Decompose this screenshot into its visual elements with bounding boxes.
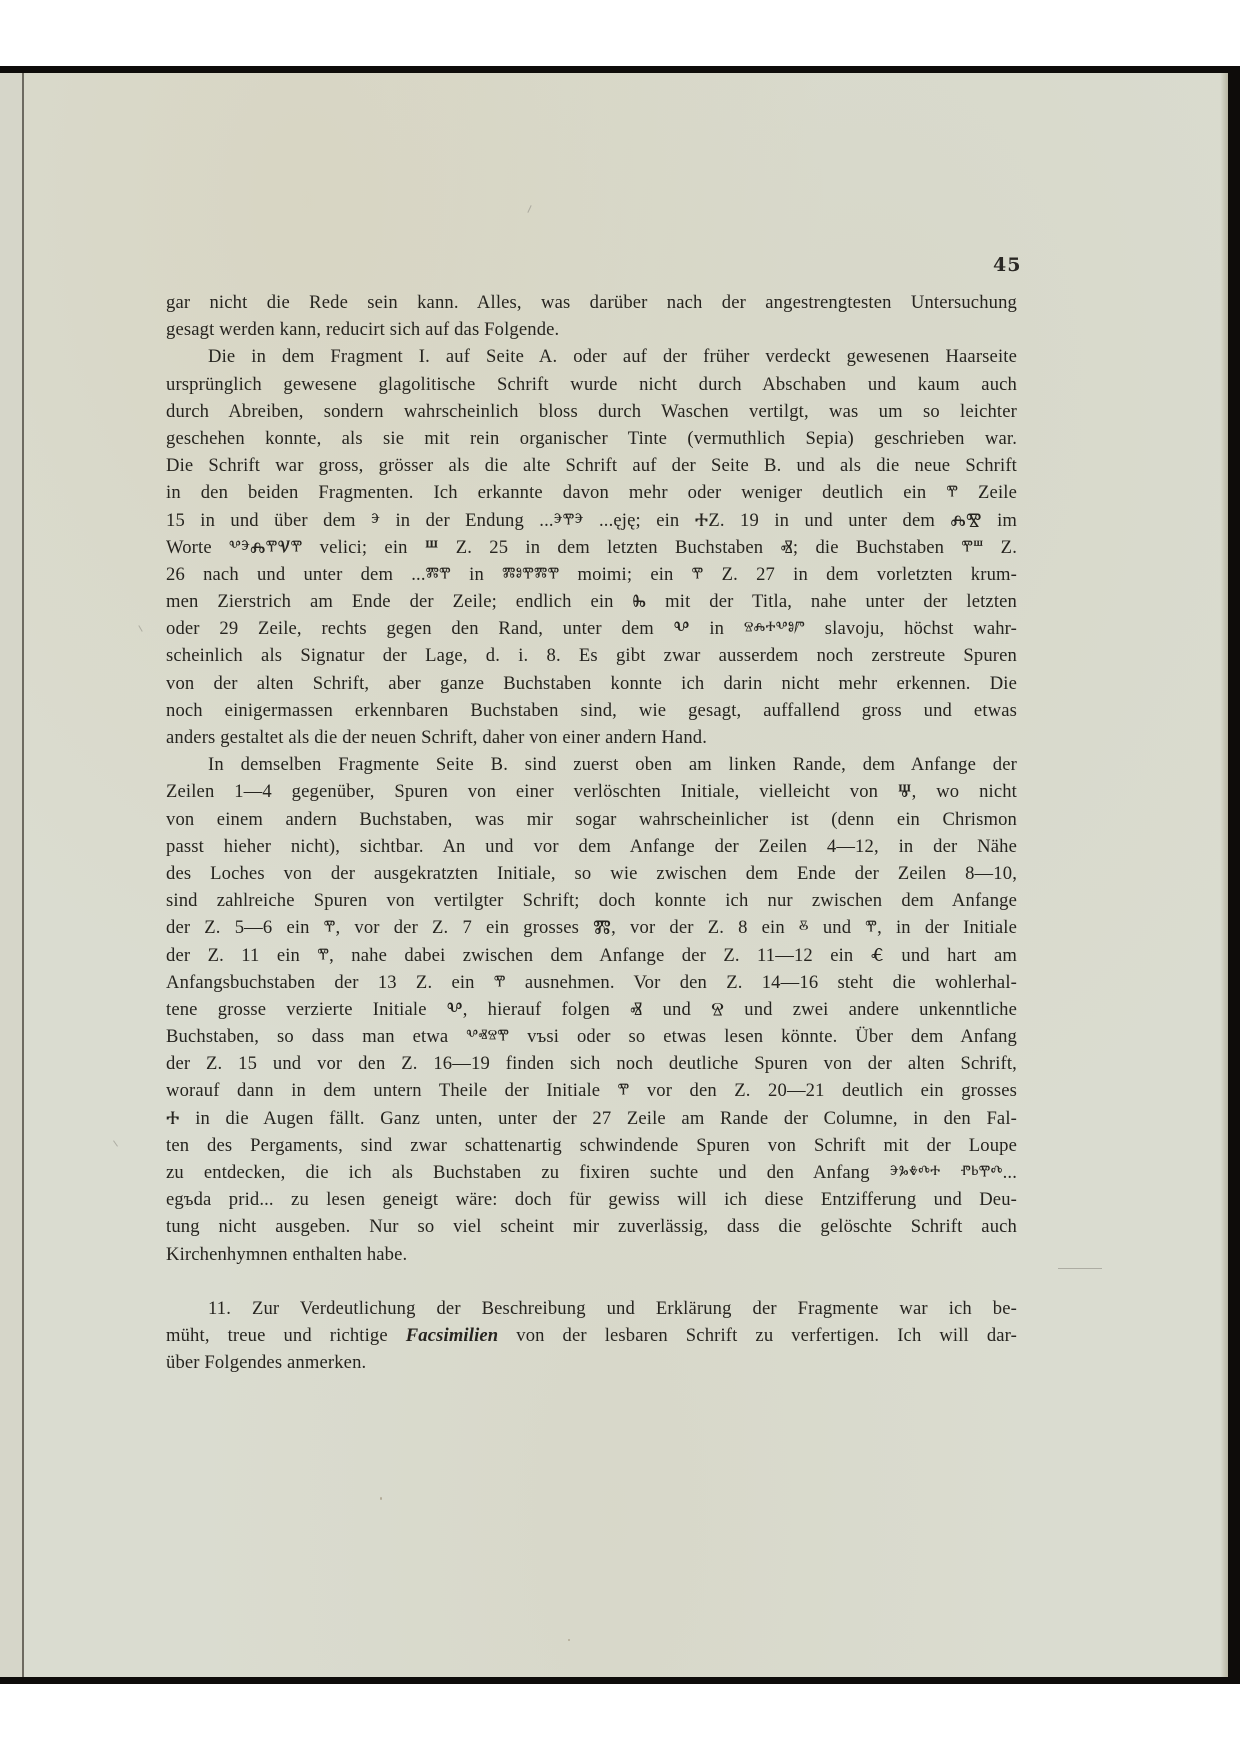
text-line-part: müht, treue und richtige — [166, 1325, 406, 1346]
text-line: von einem andern Buchstaben, was mir sog… — [166, 806, 1017, 833]
text-line: der Z. 11 ein ⰹ, nahe dabei zwischen dem… — [166, 942, 1017, 969]
text-line: scheinlich als Signatur der Lage, d. i. … — [166, 642, 1017, 669]
text-line-with-emphasis: müht, treue und richtige Facsimilien von… — [166, 1322, 1017, 1349]
text-line: worauf dann in dem untern Theile der Ini… — [166, 1077, 1017, 1104]
text-line: Ⰰ in die Augen fällt. Ganz unten, unter … — [166, 1105, 1017, 1132]
text-line: ursprünglich gewesene glagolitische Schr… — [166, 371, 1017, 398]
text-line: des Loches von der ausgekratzten Initial… — [166, 860, 1017, 887]
paper-speck — [380, 1497, 382, 1500]
paragraph-1: gar nicht die Rede sein kann. Alles, was… — [166, 289, 1017, 343]
text-line: egъda prid... zu lesen geneigt wäre: doc… — [166, 1186, 1017, 1213]
text-line: passt hieher nicht), sichtbar. An und vo… — [166, 833, 1017, 860]
text-line: gar nicht die Rede sein kann. Alles, was… — [166, 289, 1017, 316]
text-line: sind zahlreiche Spuren von vertilgter Sc… — [166, 887, 1017, 914]
text-line: geschehen konnte, als sie mit rein organ… — [166, 425, 1017, 452]
text-line: der Z. 5—6 ein ⰹ, vor der Z. 7 ein gross… — [166, 914, 1017, 941]
page-edge-shadow — [1220, 73, 1228, 1677]
text-line: Buchstaben, so dass man etwa ⰲⱏⱄⰹ vъsi o… — [166, 1023, 1017, 1050]
text-line: In demselben Fragmente Seite B. sind zue… — [166, 751, 1017, 778]
text-line: durch Abreiben, sondern wahrscheinlich b… — [166, 398, 1017, 425]
body-text: gar nicht die Rede sein kann. Alles, was… — [166, 289, 1017, 1376]
text-line: tung nicht ausgeben. Nur so viel scheint… — [166, 1213, 1017, 1240]
text-line: in den beiden Fragmenten. Ich erkannte d… — [166, 479, 1017, 506]
text-line: Zeilen 1—4 gegenüber, Spuren von einer v… — [166, 778, 1017, 805]
section-gap — [166, 1268, 1017, 1295]
text-line: noch einigermassen erkennbaren Buchstabe… — [166, 697, 1017, 724]
facing-page-edge — [0, 73, 22, 1677]
text-line: Die in dem Fragment I. auf Seite A. oder… — [166, 343, 1017, 370]
text-line: anders gestaltet als die der neuen Schri… — [166, 724, 1017, 751]
text-line: oder 29 Zeile, rechts gegen den Rand, un… — [166, 615, 1017, 642]
emphasis-facsimilien: Facsimilien — [406, 1325, 499, 1346]
text-line: gesagt werden kann, reducirt sich auf da… — [166, 316, 1017, 343]
paragraph-3: In demselben Fragmente Seite B. sind zue… — [166, 751, 1017, 1268]
text-line: Anfangsbuchstaben der 13 Z. ein ⰹ ausneh… — [166, 969, 1017, 996]
text-line: tene grosse verzierte Initiale Ⰲ, hierau… — [166, 996, 1017, 1023]
text-line: zu entdecken, die ich als Buchstaben zu … — [166, 1159, 1017, 1186]
text-line-part: von der lesbaren Schrift zu verfertigen.… — [498, 1325, 1017, 1346]
text-line: der Z. 15 und vor den Z. 16—19 finden si… — [166, 1050, 1017, 1077]
text-line: ten des Pergaments, sind zwar schattenar… — [166, 1132, 1017, 1159]
paper-mark — [1058, 1268, 1102, 1269]
text-line: men Zierstrich am Ende der Zeile; endlic… — [166, 588, 1017, 615]
paragraph-2: Die in dem Fragment I. auf Seite A. oder… — [166, 343, 1017, 751]
text-line: 11. Zur Verdeutlichung der Beschreibung … — [166, 1295, 1017, 1322]
section-11-paragraph: 11. Zur Verdeutlichung der Beschreibung … — [166, 1295, 1017, 1377]
text-line: über Folgendes anmerken. — [166, 1349, 1017, 1376]
text-line: 26 nach und unter dem ...ⰿⰹ in ⰿⱁⰹⰿⰹ moi… — [166, 561, 1017, 588]
text-line: Worte ⰲⰵⰎⰹⰜⰹ velici; ein Ⱎ Z. 25 in dem … — [166, 534, 1017, 561]
text-line: Kirchenhymnen enthalten habe. — [166, 1241, 1017, 1268]
binding-gutter-line — [22, 73, 24, 1677]
text-line: 15 in und über dem ⰵ in der Endung ...ⰵⰹ… — [166, 507, 1017, 534]
text-line: von der alten Schrift, aber ganze Buchst… — [166, 670, 1017, 697]
paper-speck — [568, 1639, 570, 1641]
text-line: Die Schrift war gross, grösser als die a… — [166, 452, 1017, 479]
page-number: 45 — [993, 254, 1021, 276]
